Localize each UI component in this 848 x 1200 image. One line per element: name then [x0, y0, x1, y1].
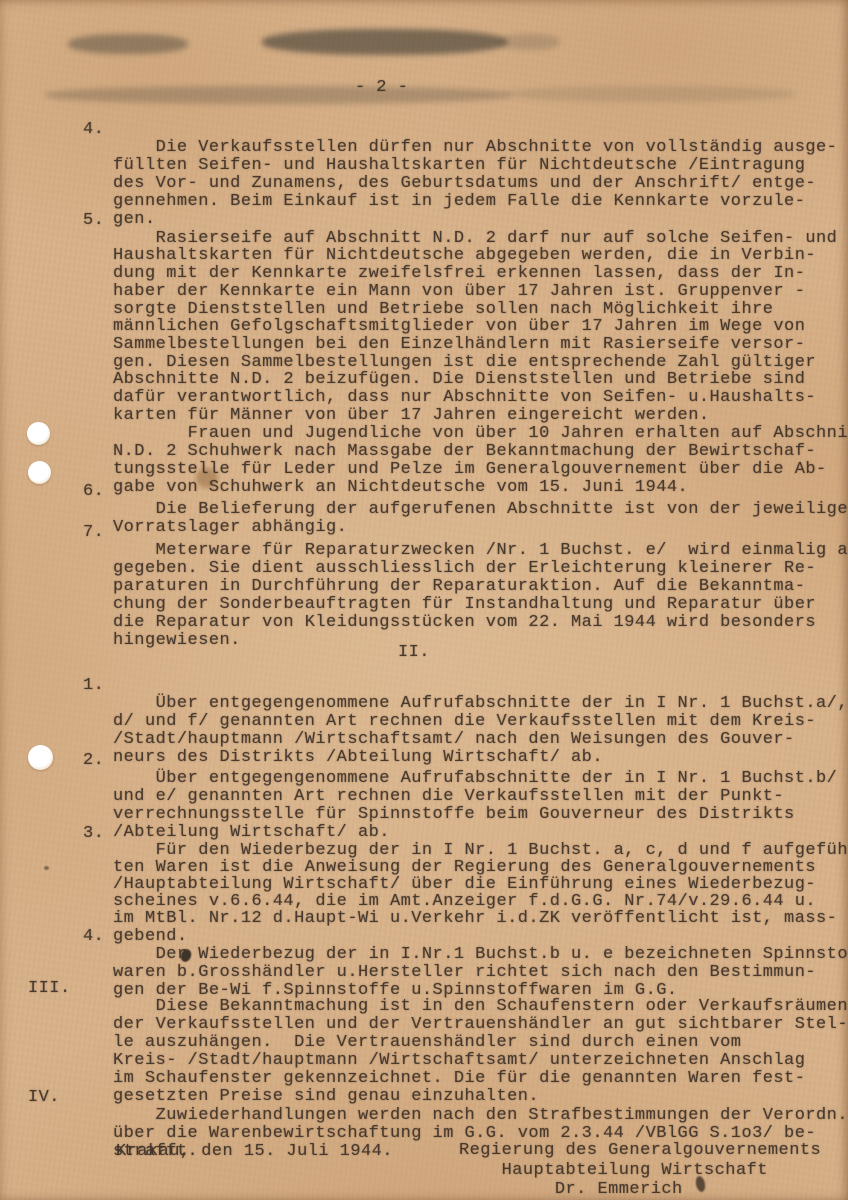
paragraph-iv-number: IV.	[28, 1089, 60, 1107]
place-date: Krakau, den 15. Juli 1944.	[116, 1143, 393, 1161]
smudge-band-top-right	[262, 29, 507, 55]
paragraph-4-number: 4.	[83, 121, 104, 139]
paragraph-iii-number: III.	[28, 980, 71, 998]
section-ii-item-3-number: 3.	[83, 825, 104, 842]
stain-left-speck	[44, 866, 49, 870]
section-ii-heading: II.	[398, 644, 430, 662]
paragraph-5-text: Rasierseife auf Abschnitt N.D. 2 darf nu…	[113, 229, 837, 425]
punch-hole-1	[27, 422, 50, 445]
smudge-band-pageno-left	[45, 86, 510, 104]
paragraph-5-number: 5.	[83, 212, 104, 230]
paragraph-7-text: Meterware für Reparaturzwecken /Nr. 1 Bu…	[113, 541, 848, 650]
paragraph-7: 7.Meterware für Reparaturzwecken /Nr. 1 …	[113, 524, 835, 668]
page-number: - 2 -	[355, 79, 408, 97]
signature-block: Regierung des Generalgouvernements Haupt…	[459, 1141, 821, 1200]
punch-hole-2	[28, 461, 51, 484]
smudge-band-top-left	[68, 34, 188, 54]
paragraph-6-number: 6.	[83, 483, 104, 501]
section-ii-item-2-number: 2.	[83, 752, 104, 770]
smudge-band-top-tail	[500, 34, 560, 50]
scanned-document-page: - 2 - 4.Die Verkaufsstellen dürfen nur A…	[0, 0, 848, 1200]
paragraph-7-number: 7.	[83, 524, 104, 542]
smudge-band-pageno-right	[505, 86, 795, 102]
punch-hole-3	[28, 745, 53, 770]
section-ii-item-1-number: 1.	[83, 677, 104, 695]
section-ii-item-4-number: 4.	[83, 928, 104, 946]
